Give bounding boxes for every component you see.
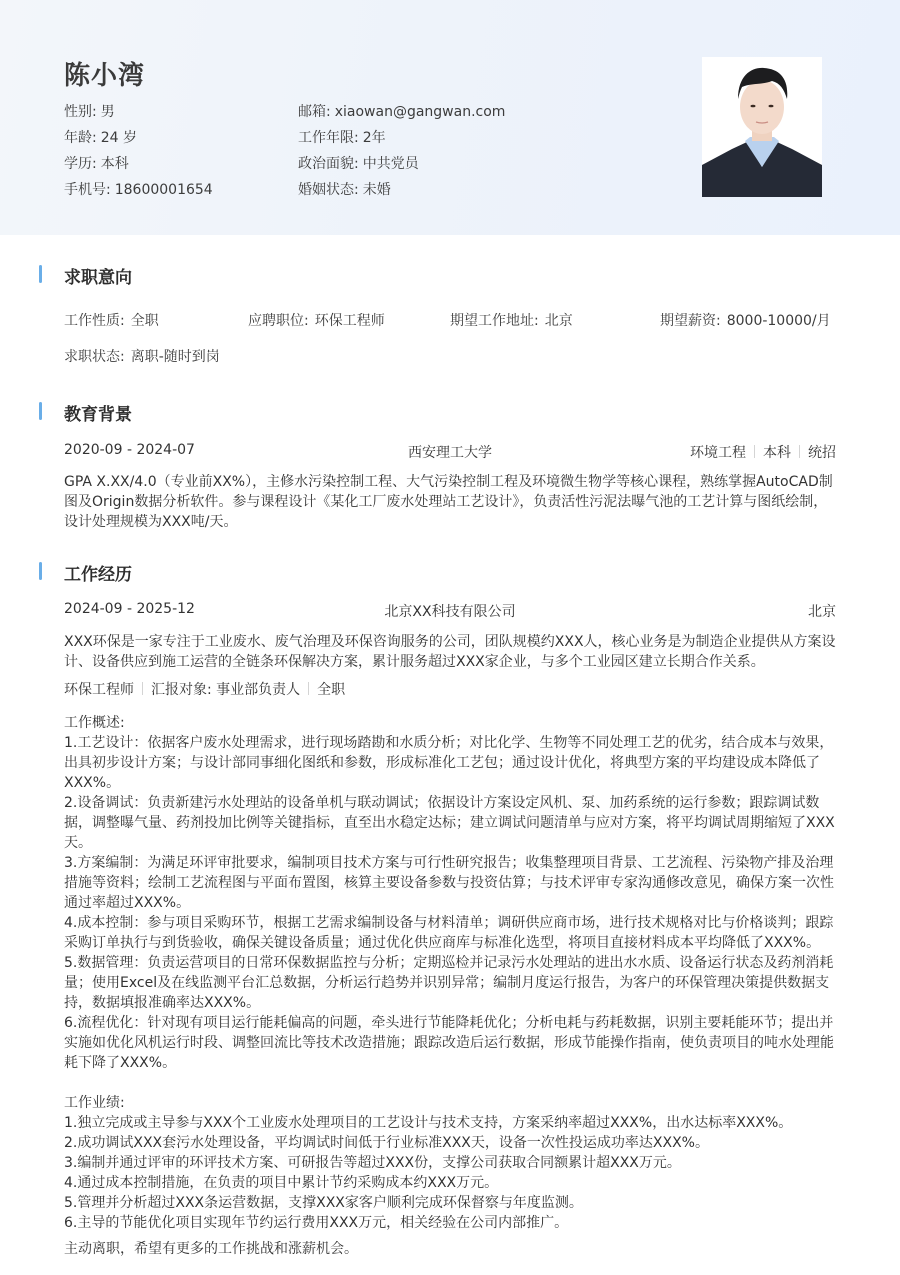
section-accent-bar (39, 402, 42, 420)
text-line: 天。 (64, 833, 836, 853)
text-line: 设计处理规模为XXX吨/天。 (64, 512, 836, 532)
field-label: 期望工作地址: (450, 313, 539, 329)
text-line: 5.管理并分析超过XXX条运营数据，支撑XXX家客户顺利完成环保督察与年度监测。 (64, 1193, 836, 1213)
text-line: 5.数据管理：负责运营项目的日常环保数据监控与分析；定期巡检并记录污水处理站的进… (64, 953, 836, 973)
section-title-education: 教育背景 (64, 400, 132, 425)
text-line: 3.方案编制：为满足环评审批要求，编制项目技术方案与可行性研究报告；收集整理项目… (64, 853, 836, 873)
education-header-row: 2020-09 - 2024-07 西安理工大学 环境工程本科统招 (64, 442, 836, 462)
work-details: 工作概述: 1.工艺设计：依据客户废水处理需求，进行现场踏勘和水质分析；对比化学… (64, 713, 836, 1233)
text-line: 持，数据填报准确率达XXX%。 (64, 993, 836, 1013)
info-value: 本科 (101, 156, 129, 172)
field-salary: 期望薪资:8000-10000/月 (660, 310, 831, 330)
info-work-years: 工作年限:2年 (298, 127, 386, 147)
text-line: 6.流程优化：针对现有项目运行能耗偏高的问题，牵头进行节能降耗优化；分析电耗与药… (64, 1013, 836, 1033)
work-location: 北京 (808, 601, 836, 621)
work-meta-row: 环保工程师汇报对象: 事业部负责人全职 (64, 679, 836, 699)
field-position: 应聘职位:环保工程师 (248, 310, 385, 330)
text-line: 1.独立完成或主导参与XXX个工业废水处理项目的工艺设计与技术支持，方案采纳率超… (64, 1113, 836, 1133)
info-value: 24 岁 (101, 130, 137, 146)
text-line: 采购订单执行与到货验收，确保关键设备质量；通过优化供应商库与标准化选型，将项目直… (64, 933, 836, 953)
field-label: 工作性质: (64, 313, 125, 329)
info-label: 工作年限: (298, 130, 359, 146)
text-line: 2.设备调试：负责新建污水处理站的设备单机与联动调试；依据设计方案设定风机、泵、… (64, 793, 836, 813)
info-label: 婚姻状态: (298, 182, 359, 198)
portrait-icon (702, 57, 822, 197)
text-line: 4.通过成本控制措施，在负责的项目中累计节约采购成本约XXX万元。 (64, 1173, 836, 1193)
text-line: XXX环保是一家专注于工业废水、废气治理及环保咨询服务的公司，团队规模约XXX人… (64, 632, 836, 652)
section-accent-bar (39, 265, 42, 283)
text-line: 通过率超过XXX%。 (64, 893, 836, 913)
work-meta: 环保工程师汇报对象: 事业部负责人全职 (64, 679, 345, 699)
field-location: 期望工作地址:北京 (450, 310, 573, 330)
work-report-to: 汇报对象: 事业部负责人 (151, 682, 300, 698)
info-email: 邮箱:xiaowan@gangwan.com (298, 101, 505, 121)
text-line: 3.编制并通过评审的环评技术方案、可研报告等超过XXX份，支撑公司获取合同额累计… (64, 1153, 836, 1173)
resume-header: 陈小湾 性别:男 年龄:24 岁 学历:本科 手机号:18600001654 邮… (0, 0, 900, 235)
info-education: 学历:本科 (64, 153, 129, 173)
education-degree: 本科 (763, 445, 791, 461)
company-intro: XXX环保是一家专注于工业废水、废气治理及环保咨询服务的公司，团队规模约XXX人… (64, 632, 836, 672)
text-line: 2.成功调试XXX套污水处理设备，平均调试时间低于行业标准XXX天，设备一次性投… (64, 1133, 836, 1153)
field-label: 求职状态: (64, 349, 125, 365)
work-summary-heading: 工作概述: (64, 713, 836, 733)
leave-reason: 主动离职，希望有更多的工作挑战和涨薪机会。 (64, 1239, 836, 1259)
field-value: 8000-10000/月 (727, 313, 831, 329)
text-line: GPA X.XX/4.0（专业前XX%），主修水污染控制工程、大气污染控制工程及… (64, 472, 836, 492)
text-line: 出具初步设计方案；与设计部同事细化图纸和参数，形成标准化工艺包；通过设计优化，将… (64, 753, 836, 773)
info-label: 手机号: (64, 182, 111, 198)
work-title: 环保工程师 (64, 682, 134, 698)
info-value: 男 (101, 104, 115, 120)
info-label: 学历: (64, 156, 97, 172)
education-description: GPA X.XX/4.0（专业前XX%），主修水污染控制工程、大气污染控制工程及… (64, 472, 836, 532)
info-value: xiaowan@gangwan.com (335, 104, 506, 120)
info-gender: 性别:男 (64, 101, 115, 121)
profile-photo (702, 57, 822, 197)
text-line: 措施等资料；绘制工艺流程图与平面布置图，核算主要设备参数与投资估算；与技术评审专… (64, 873, 836, 893)
text-line: 据，调整曝气量、药剂投加比例等关键指标，直至出水稳定达标；建立调试问题清单与应对… (64, 813, 836, 833)
field-work-type: 工作性质:全职 (64, 310, 159, 330)
divider (142, 682, 143, 695)
field-label: 期望薪资: (660, 313, 721, 329)
text-line: 4.成本控制：参与项目采购环节，根据工艺需求编制设备与材料清单；调研供应商市场，… (64, 913, 836, 933)
info-label: 政治面貌: (298, 156, 359, 172)
info-age: 年龄:24 岁 (64, 127, 137, 147)
work-achievements-heading: 工作业绩: (64, 1093, 836, 1113)
field-value: 环保工程师 (315, 313, 385, 329)
info-value: 未婚 (363, 182, 391, 198)
work-header-row: 2024-09 - 2025-12 北京XX科技有限公司 北京 (64, 601, 836, 621)
divider (308, 682, 309, 695)
info-label: 年龄: (64, 130, 97, 146)
work-employment-type: 全职 (317, 682, 345, 698)
text-line: 6.主导的节能优化项目实现年节约运行费用XXX万元，相关经验在公司内部推广。 (64, 1213, 836, 1233)
section-title-work: 工作经历 (64, 560, 132, 585)
text-line: 图及Origin数据分析软件。参与课程设计《某化工厂废水处理站工艺设计》，负责活… (64, 492, 836, 512)
field-value: 全职 (131, 313, 159, 329)
divider (799, 445, 800, 458)
education-tags: 环境工程本科统招 (690, 442, 836, 462)
info-phone: 手机号:18600001654 (64, 179, 213, 199)
divider (754, 445, 755, 458)
field-job-status: 求职状态:离职-随时到岗 (64, 346, 220, 366)
info-value: 2年 (363, 130, 386, 146)
info-label: 邮箱: (298, 104, 331, 120)
text-line: 计、设备供应到施工运营的全链条环保解决方案，累计服务超过XXX家企业，与多个工业… (64, 652, 836, 672)
text-line: 1.工艺设计：依据客户废水处理需求，进行现场踏勘和水质分析；对比化学、生物等不同… (64, 733, 836, 753)
info-label: 性别: (64, 104, 97, 120)
section-accent-bar (39, 562, 42, 580)
candidate-name: 陈小湾 (64, 55, 145, 92)
field-value: 北京 (545, 313, 573, 329)
text-line: 实施如优化风机运行时段、调整回流比等技术改造措施；跟踪改造后运行数据，形成节能操… (64, 1033, 836, 1053)
info-value: 中共党员 (363, 156, 419, 172)
info-marital-status: 婚姻状态:未婚 (298, 179, 391, 199)
text-line: XXX%。 (64, 773, 836, 793)
field-label: 应聘职位: (248, 313, 309, 329)
blank-line (64, 1073, 836, 1093)
field-value: 离职-随时到岗 (131, 349, 220, 365)
work-company: 北京XX科技有限公司 (64, 601, 836, 621)
text-line: 量；使用Excel及在线监测平台汇总数据，分析运行趋势并识别异常；编制月度运行报… (64, 973, 836, 993)
text-line: 耗下降了XXX%。 (64, 1053, 836, 1073)
info-political-status: 政治面貌:中共党员 (298, 153, 419, 173)
section-title-job-intention: 求职意向 (64, 263, 132, 288)
info-value: 18600001654 (115, 182, 213, 198)
education-enrollment-type: 统招 (808, 445, 836, 461)
education-major: 环境工程 (690, 445, 746, 461)
